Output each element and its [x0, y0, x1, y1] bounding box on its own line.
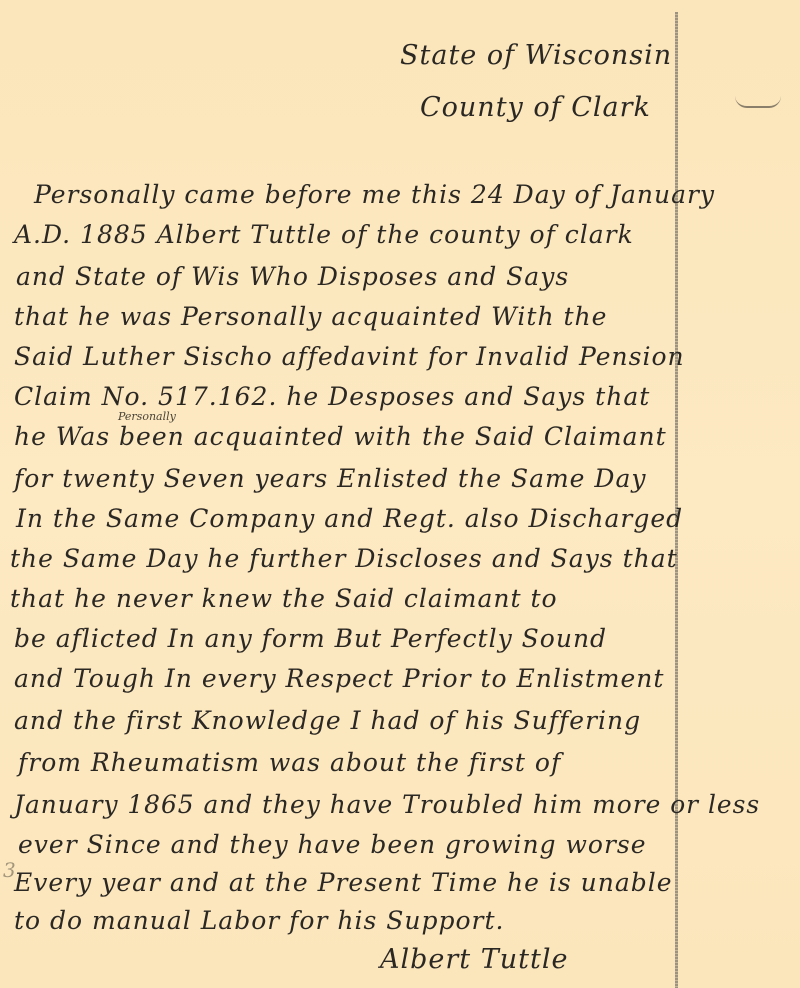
heading-county: County of Clark	[420, 92, 651, 123]
body-line-8: for twenty Seven years Enlisted the Same…	[14, 464, 647, 493]
heading-flourish	[735, 96, 781, 108]
body-line-9: In the Same Company and Regt. also Disch…	[16, 504, 683, 533]
signature: Albert Tuttle	[380, 944, 568, 975]
body-line-1: Personally came before me this 24 Day of…	[34, 180, 715, 209]
document-page: State of Wisconsin County of Clark Perso…	[0, 0, 800, 988]
body-line-16: January 1865 and they have Troubled him …	[14, 790, 760, 819]
body-line-14: and the first Knowledge I had of his Suf…	[14, 706, 641, 735]
body-line-18: Every year and at the Present Time he is…	[14, 868, 673, 897]
margin-mark: 3	[3, 858, 16, 882]
body-line-17: ever Since and they have been growing wo…	[18, 830, 647, 859]
body-line-4: that he was Personally acquainted With t…	[14, 302, 607, 331]
body-line-3: and State of Wis Who Disposes and Says	[16, 262, 569, 291]
body-line-19: to do manual Labor for his Support.	[14, 906, 504, 935]
body-line-2: A.D. 1885 Albert Tuttle of the county of…	[14, 220, 634, 249]
body-line-10: the Same Day he further Discloses and Sa…	[10, 544, 678, 573]
body-line-13: and Tough In every Respect Prior to Enli…	[14, 664, 664, 693]
body-line-15: from Rheumatism was about the first of	[18, 748, 561, 777]
body-line-6: Claim No. 517.162. he Desposes and Says …	[14, 382, 650, 411]
heading-state: State of Wisconsin	[400, 40, 672, 71]
body-line-5: Said Luther Sischo affedavint for Invali…	[14, 342, 685, 371]
body-line-12: be aflicted In any form But Perfectly So…	[14, 624, 607, 653]
body-line-7: he Was been acquainted with the Said Cla…	[14, 422, 667, 451]
vertical-ruling-line	[675, 12, 678, 988]
body-line-11: that he never knew the Said claimant to	[10, 584, 558, 613]
